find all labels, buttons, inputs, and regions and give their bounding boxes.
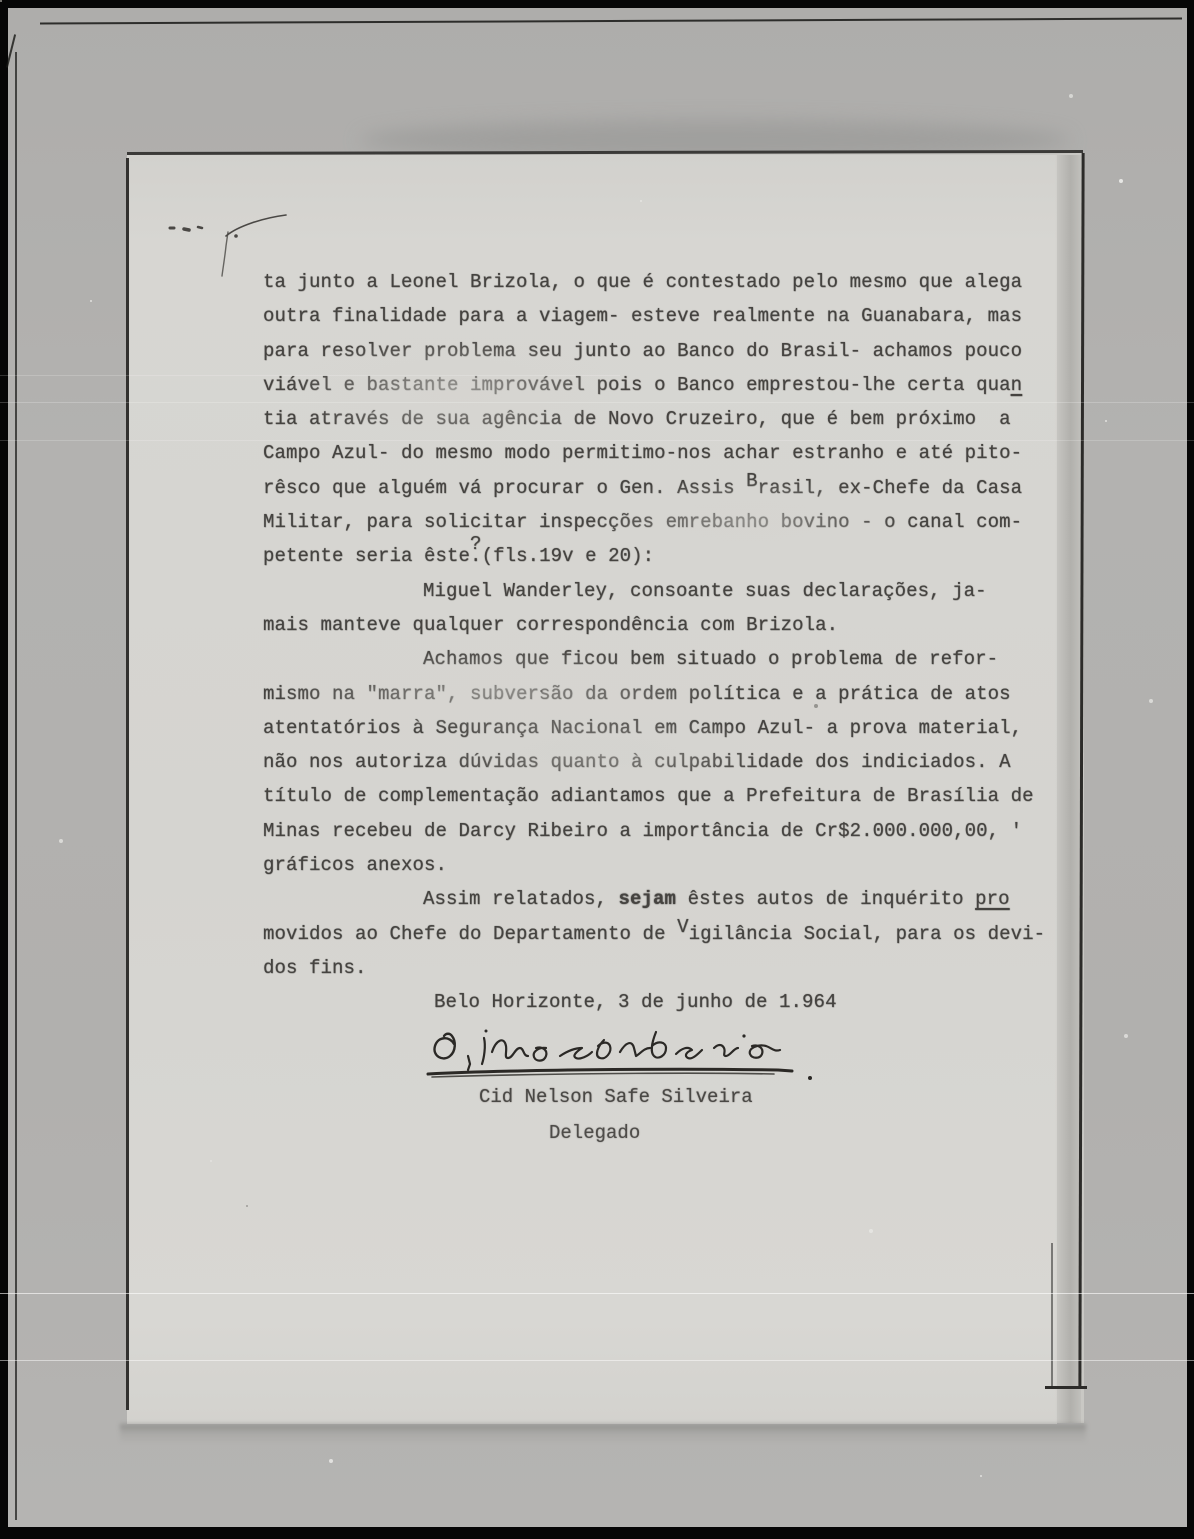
text-line: Campo Azul- do mesmo modo permitimo-nos … bbox=[263, 436, 1063, 470]
page-left-edge-line bbox=[126, 158, 129, 1410]
text-line: movidos ao Chefe do Departamento de Vigi… bbox=[263, 917, 1063, 951]
document-text: ta junto a Leonel Brizola, o que é conte… bbox=[263, 265, 1063, 1020]
text-line: Miguel Wanderley, consoante suas declara… bbox=[263, 574, 1063, 608]
signatory-title: Delegado bbox=[549, 1122, 640, 1144]
frame-left-rule bbox=[15, 52, 17, 1520]
text-line: atentatórios à Segurança Nacional em Cam… bbox=[263, 711, 1063, 745]
text-line: mismo na "marra", subversão da ordem pol… bbox=[263, 677, 1063, 711]
text-line: Militar, para solicitar inspecções emreb… bbox=[263, 505, 1063, 539]
text-line: título de complementação adiantamos que … bbox=[263, 779, 1063, 813]
signatory-name: Cid Nelson Safe Silveira bbox=[479, 1086, 753, 1108]
text-line: não nos autoriza dúvidas quanto à culpab… bbox=[263, 745, 1063, 779]
page-bottom-shadow bbox=[120, 1424, 1086, 1444]
film-scratch bbox=[0, 440, 1194, 441]
text-line: Minas recebeu de Darcy Ribeiro a importâ… bbox=[263, 814, 1063, 848]
text-line: mais manteve qualquer correspondência co… bbox=[263, 608, 1063, 642]
text-line: dos fins. bbox=[263, 951, 1063, 985]
text-line: petente seria êste.?(fls.19v e 20): bbox=[263, 539, 1063, 573]
film-scratch bbox=[0, 1293, 1194, 1294]
underlying-page-border-bottom bbox=[1045, 1386, 1087, 1389]
text-line: tia através de sua agência de Novo Cruze… bbox=[263, 402, 1063, 436]
text-line: Belo Horizonte, 3 de junho de 1.964 bbox=[263, 985, 1063, 1019]
text-line: rêsco que alguém vá procurar o Gen. Assi… bbox=[263, 471, 1063, 505]
text-line: ta junto a Leonel Brizola, o que é conte… bbox=[263, 265, 1063, 299]
film-scratch bbox=[0, 402, 1194, 403]
dust-specks-dark bbox=[0, 0, 2, 2]
film-scratch bbox=[0, 1360, 1194, 1361]
text-line: para resolver problema seu junto ao Banc… bbox=[263, 334, 1063, 368]
underlying-page-border-inner bbox=[1051, 1243, 1053, 1389]
text-line: gráficos anexos. bbox=[263, 848, 1063, 882]
text-line: viável e bastante improvável pois o Banc… bbox=[263, 368, 1063, 402]
text-line: Assim relatados, sejam êstes autos de in… bbox=[263, 882, 1063, 916]
film-scratch bbox=[0, 375, 620, 376]
photostat-scan: ta junto a Leonel Brizola, o que é conte… bbox=[0, 0, 1194, 1539]
text-line: Achamos que ficou bem situado o problema… bbox=[263, 642, 1063, 676]
handwritten-signature bbox=[426, 1022, 826, 1086]
text-line: outra finalidade para a viagem- esteve r… bbox=[263, 299, 1063, 333]
